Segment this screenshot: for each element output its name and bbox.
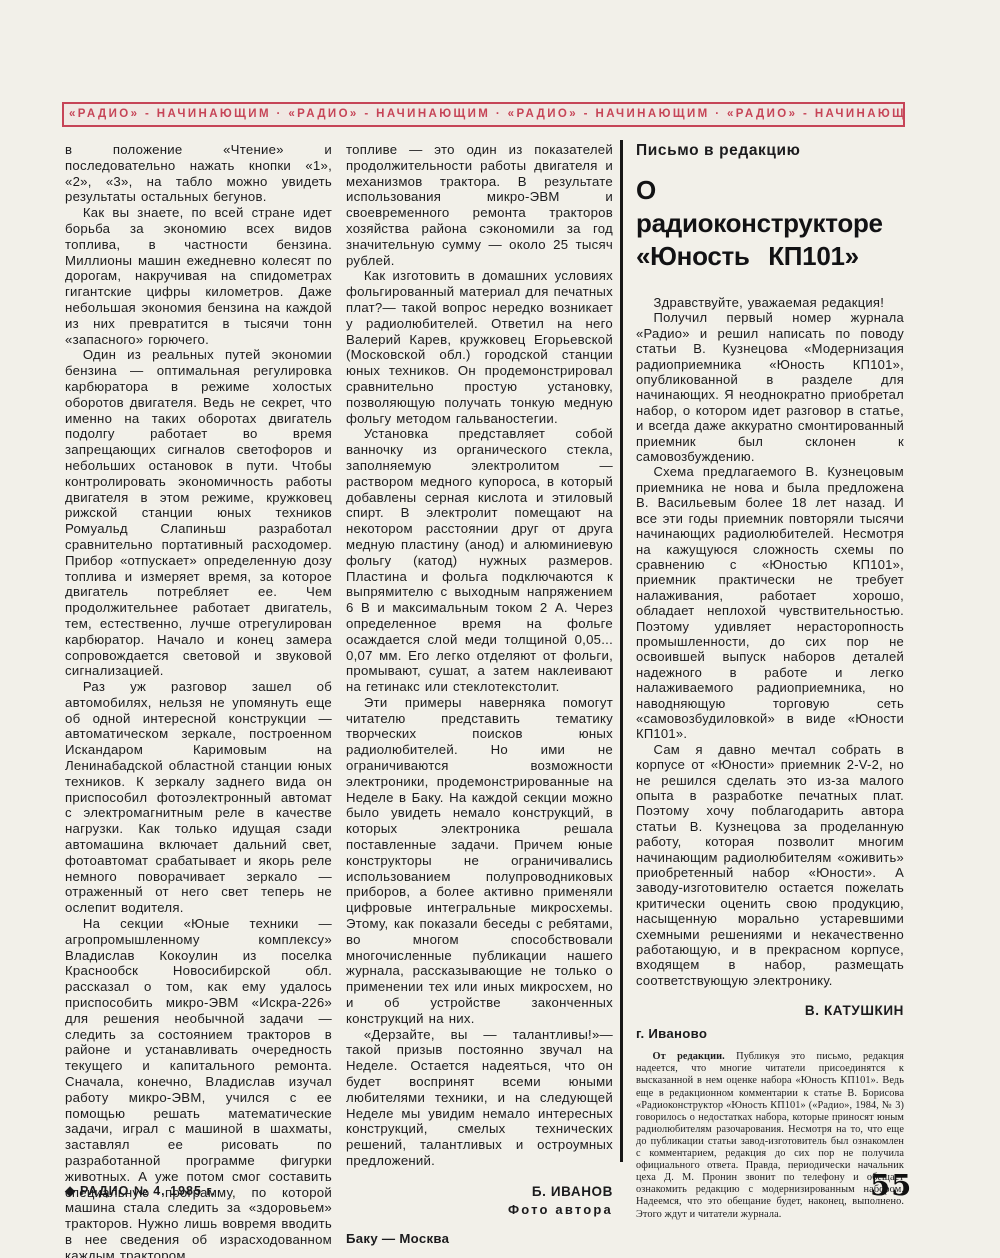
paragraph: Установка представляет собой ванночку из… [346,426,613,695]
article-title: О радиоконструкторе «Юность КП101» [636,174,904,273]
article-title-line-1: О радиоконструкторе [636,174,904,240]
paragraph: Как вы знаете, по всей стране идет борьб… [65,205,332,347]
issue-footer: ◆РАДИО № 4, 1985 г. [65,1183,216,1199]
column-2: топливе — это один из показателей продол… [346,142,613,1246]
column-1: в положение «Чтение» и последовательно н… [65,142,332,1258]
masthead-band: «РАДИО» - НАЧИНАЮЩИМ · «РАДИО» - НАЧИНАЮ… [62,102,905,127]
paragraph: Раз уж разговор зашел об автомобилях, не… [65,679,332,916]
paragraph: «Дерзайте, вы — талантливы!»— такой приз… [346,1027,613,1169]
column-divider-rule [620,140,623,1162]
paragraph: Здравствуйте, уважаемая редакция! [636,295,904,310]
section-kicker: Письмо в редакцию [636,142,904,160]
column-2-paragraphs: топливе — это один из показателей продол… [346,142,613,1169]
editorial-note-lead: От редакции. [652,1051,724,1062]
editorial-note-text: Публикуя это письмо, редакция надеется, … [636,1051,904,1219]
paragraph: топливе — это один из показателей продол… [346,142,613,268]
page-number: 55 [870,1168,912,1202]
paragraph: Один из реальных путей экономии бензина … [65,347,332,679]
paragraph: Сам я давно мечтал собрать в корпусе от … [636,742,904,989]
letter-signature: В. КАТУШКИН [636,1002,904,1020]
letter-city: г. Иваново [636,1026,904,1041]
paragraph: Эти примеры наверняка помогут читателю п… [346,695,613,1027]
author-signature: Б. ИВАНОВ [346,1183,613,1201]
article-title-line-2: «Юность КП101» [636,240,904,273]
column-3-letter: Письмо в редакцию О радиоконструкторе «Ю… [636,142,904,1231]
editorial-note: От редакции. Публикуя это письмо, редакц… [636,1051,904,1220]
dateline: Баку — Москва [346,1231,613,1246]
paragraph: Как изготовить в домашних условиях фольг… [346,268,613,426]
issue-label: РАДИО № 4, 1985 г. [80,1184,216,1198]
paragraph: Схема предлагаемого В. Кузнецовым приемн… [636,464,904,741]
photo-credit: Фото автора [346,1201,613,1219]
magazine-page: «РАДИО» - НАЧИНАЮЩИМ · «РАДИО» - НАЧИНАЮ… [0,0,1000,1258]
paragraph: Получил первый номер журнала «Радио» и р… [636,310,904,464]
diamond-icon: ◆ [65,1183,76,1198]
paragraph: в положение «Чтение» и последовательно н… [65,142,332,205]
letter-body: Здравствуйте, уважаемая редакция!Получил… [636,295,904,988]
paragraph: На секции «Юные техники — агропромышленн… [65,916,332,1258]
